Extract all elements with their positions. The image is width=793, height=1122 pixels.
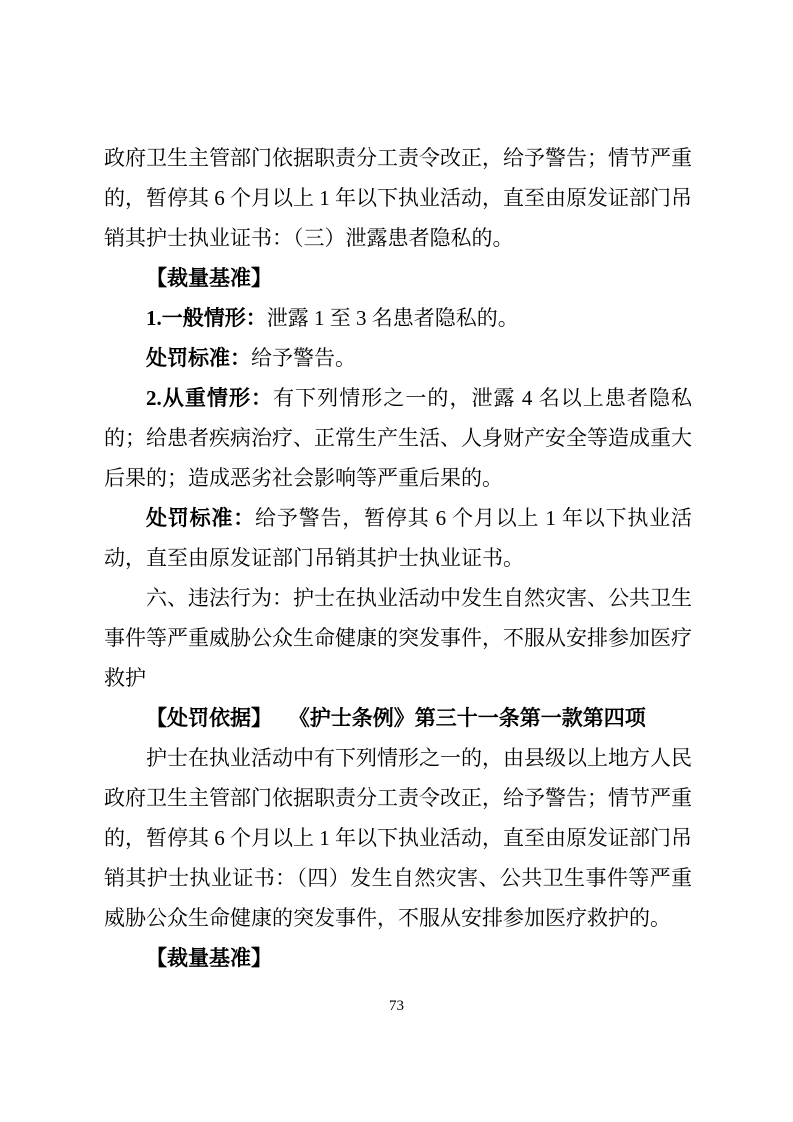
heading-text: 【裁量基准】 (146, 946, 272, 970)
heading-label: 【处罚依据】 (146, 706, 272, 730)
paragraph-penalty-provision: 护士在执业活动中有下列情形之一的，由县级以上地方人民政府卫生主管部门依据职责分工… (104, 738, 692, 938)
paragraph-text: 六、违法行为：护士在执业活动中发生自然灾害、公共卫生事件等严重威胁公众生命健康的… (104, 586, 692, 690)
paragraph-text: 给予警告。 (251, 346, 356, 370)
page-number: 73 (0, 996, 793, 1016)
heading-citation: 《护士条例》第三十一条第一款第四项 (299, 706, 646, 730)
heading-penalty-basis: 【处罚依据】《护士条例》第三十一条第一款第四项 (104, 698, 692, 738)
paragraph-penalty-standard-1: 处罚标准：给予警告。 (104, 338, 692, 378)
paragraph-text: 泄露 1 至 3 名患者隐私的。 (267, 306, 519, 330)
paragraph-illegal-act-6: 六、违法行为：护士在执业活动中发生自然灾害、公共卫生事件等严重威胁公众生命健康的… (104, 578, 692, 698)
paragraph-penalty-standard-2: 处罚标准：给予警告，暂停其 6 个月以上 1 年以下执业活动，直至由原发证部门吊… (104, 498, 692, 578)
paragraph-general-case: 1.一般情形：泄露 1 至 3 名患者隐私的。 (104, 298, 692, 338)
lead-in-label: 2.从重情形： (146, 386, 273, 410)
paragraph-text: 护士在执业活动中有下列情形之一的，由县级以上地方人民政府卫生主管部门依据职责分工… (104, 746, 692, 930)
heading-discretion-basis-1: 【裁量基准】 (104, 258, 692, 298)
paragraph-text: 政府卫生主管部门依据职责分工责令改正，给予警告；情节严重的，暂停其 6 个月以上… (104, 146, 692, 250)
lead-in-label: 处罚标准： (146, 346, 251, 370)
lead-in-label: 1.一般情形： (146, 306, 267, 330)
paragraph-penalty-continuation: 政府卫生主管部门依据职责分工责令改正，给予警告；情节严重的，暂停其 6 个月以上… (104, 138, 692, 258)
heading-text: 【裁量基准】 (146, 266, 272, 290)
heading-discretion-basis-2: 【裁量基准】 (104, 938, 692, 978)
document-body: 政府卫生主管部门依据职责分工责令改正，给予警告；情节严重的，暂停其 6 个月以上… (104, 138, 692, 978)
lead-in-label: 处罚标准： (146, 506, 255, 530)
paragraph-aggravated-case: 2.从重情形：有下列情形之一的，泄露 4 名以上患者隐私的；给患者疾病治疗、正常… (104, 378, 692, 498)
document-page: 政府卫生主管部门依据职责分工责令改正，给予警告；情节严重的，暂停其 6 个月以上… (0, 0, 793, 1122)
